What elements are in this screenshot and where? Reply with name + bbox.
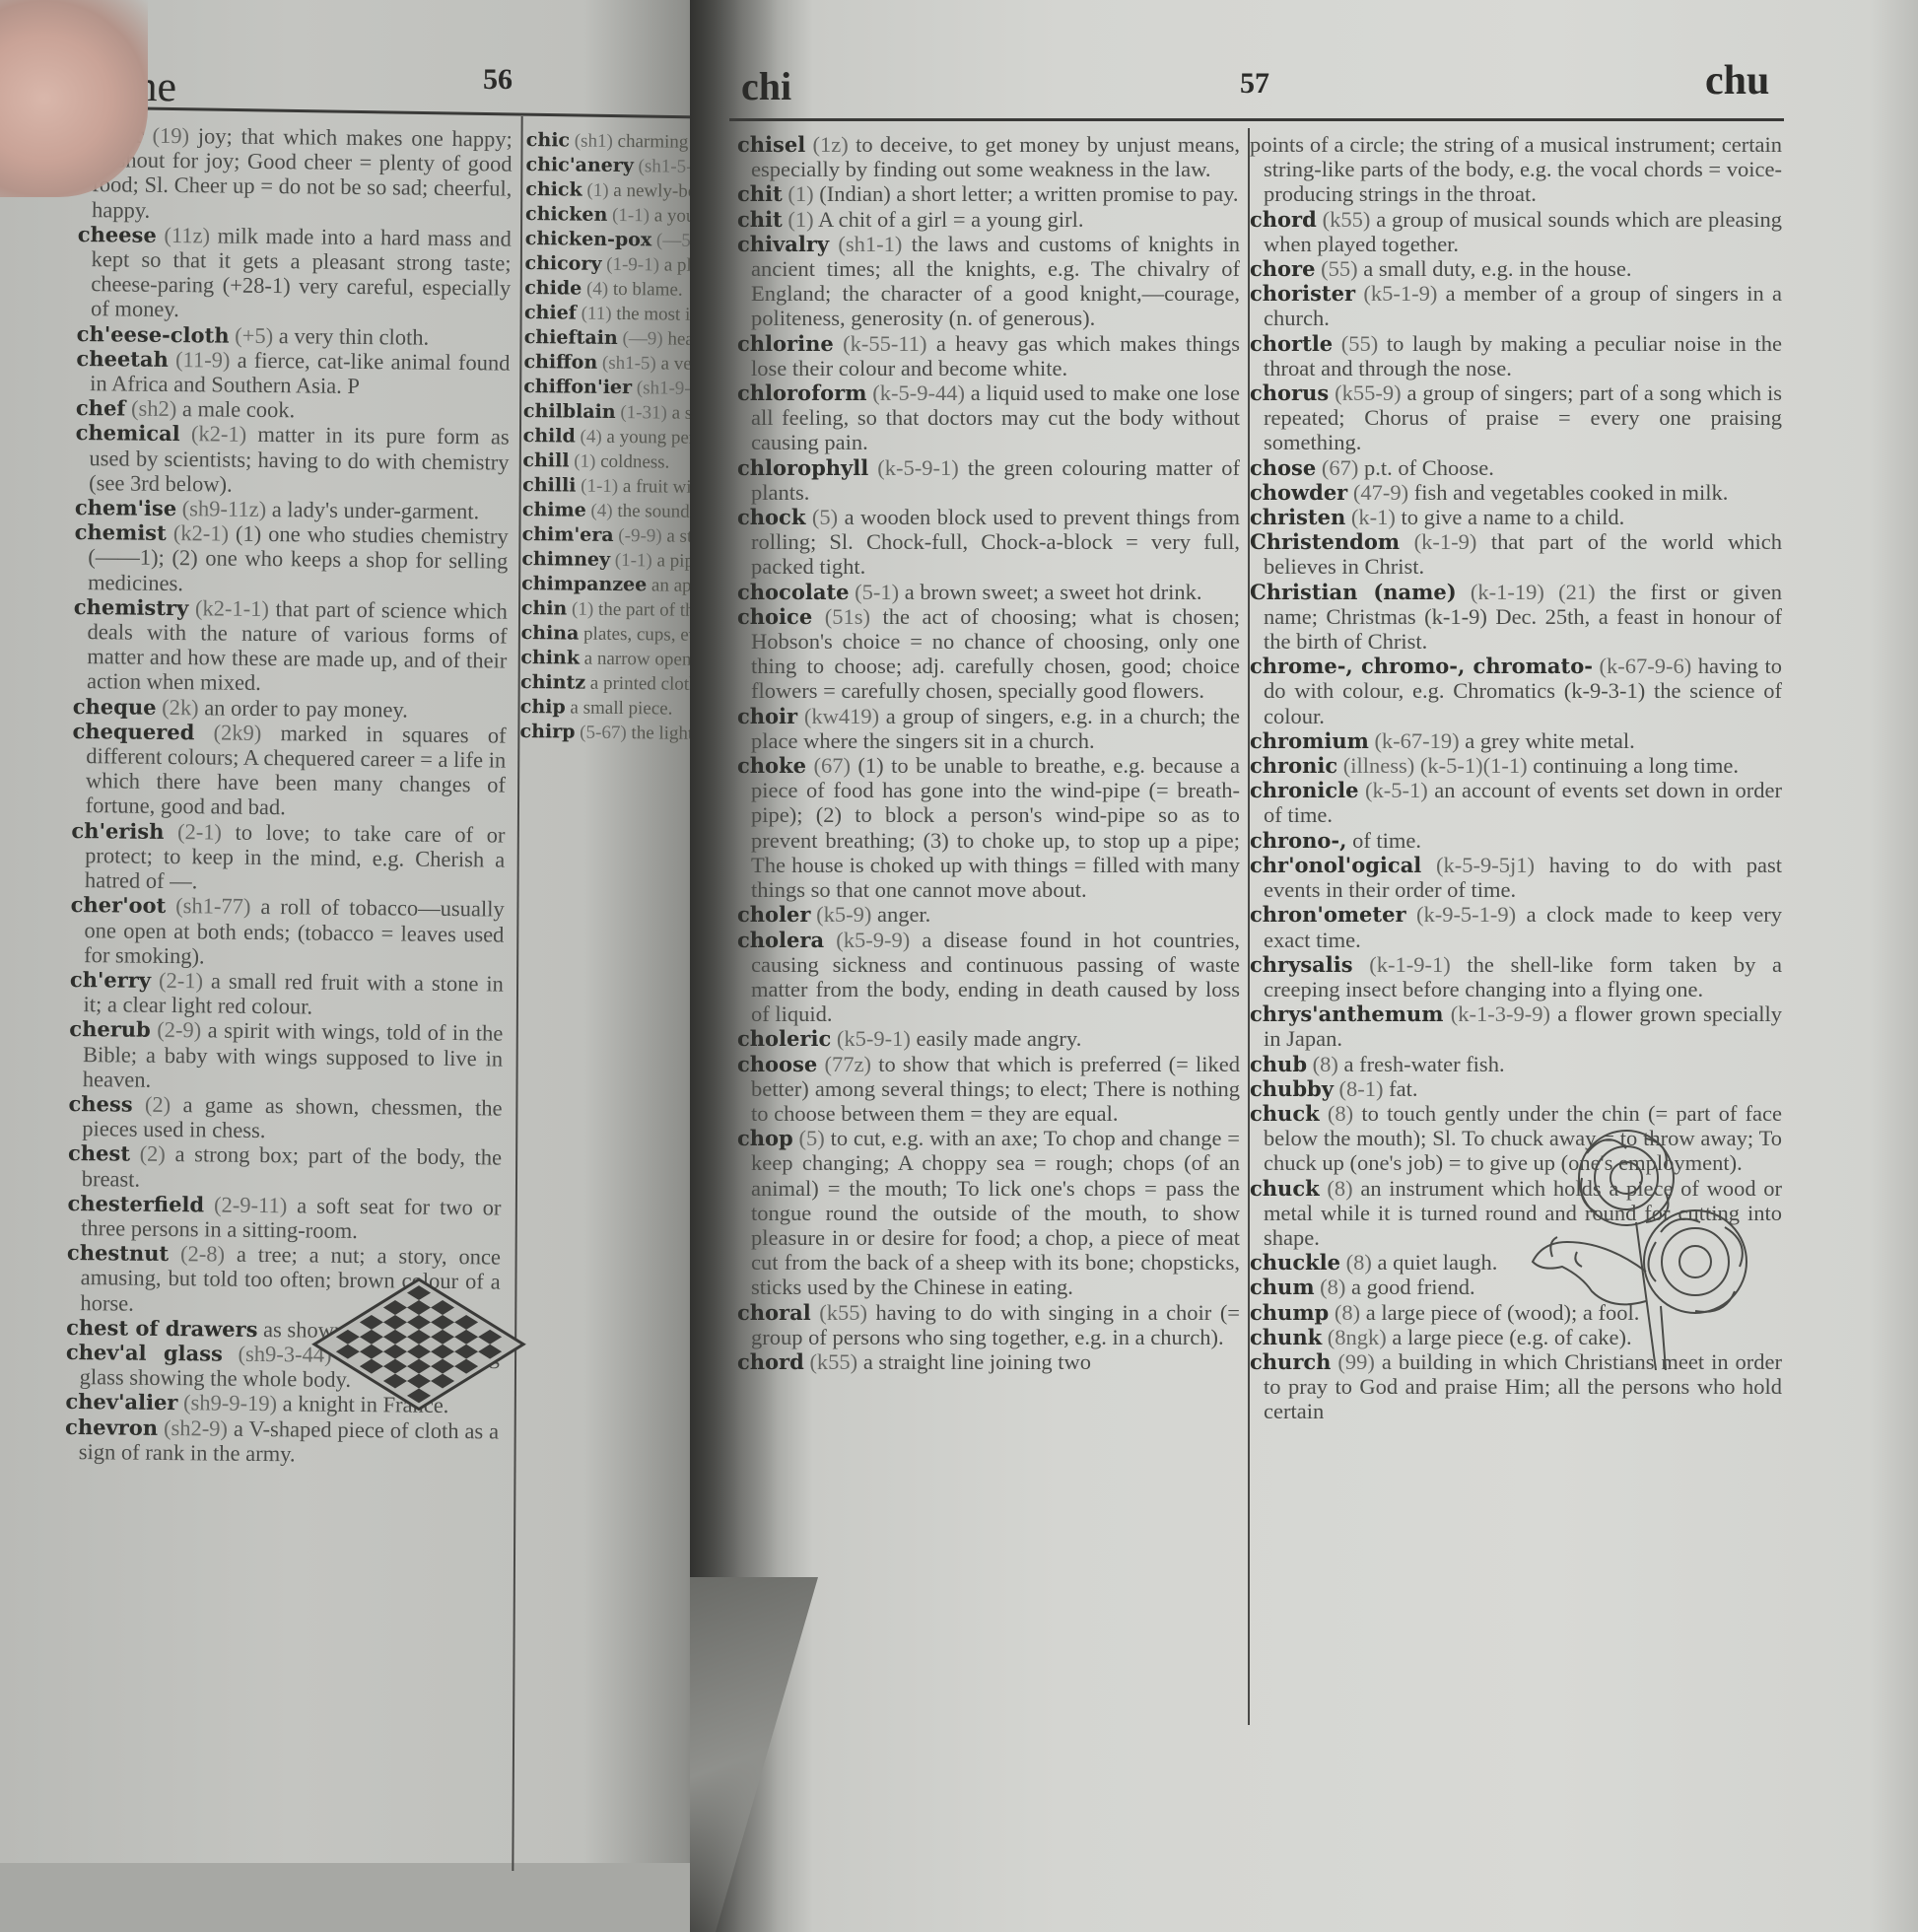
- pronunciation: (-9-9): [618, 525, 662, 546]
- pronunciation: (8): [1346, 1250, 1372, 1275]
- headword: ch'eese-cloth: [77, 321, 230, 348]
- headword: chump: [1250, 1300, 1329, 1325]
- headword: chef: [76, 395, 126, 421]
- headword: chin: [521, 597, 568, 619]
- dictionary-entry: chord (k55) a straight line joining two: [737, 1349, 1240, 1374]
- pronunciation: (19): [152, 123, 189, 148]
- headword: chlorine: [737, 331, 834, 356]
- headword: chub: [1250, 1052, 1307, 1076]
- headword: chromium: [1250, 728, 1369, 753]
- pronunciation: (k2-1): [191, 422, 246, 448]
- definition: plates, cups, etc.: [583, 624, 707, 646]
- definition: a grey white metal.: [1465, 728, 1634, 753]
- headword: choice: [737, 604, 812, 629]
- pronunciation: (k-1-19) (21): [1471, 580, 1596, 604]
- dictionary-entry: chiffon'ier (sh1-9-19) a piece of furnit…: [523, 375, 716, 401]
- headword: chic: [526, 129, 570, 151]
- definition: a good friend.: [1351, 1275, 1475, 1299]
- pronunciation: (8): [1313, 1052, 1338, 1076]
- headword: chord: [737, 1349, 804, 1374]
- headword: chill: [522, 449, 569, 471]
- pronunciation: (51s): [825, 604, 870, 629]
- dictionary-entry: chisel (1z) to deceive, to get money by …: [737, 132, 1240, 181]
- pronunciation: (k5-1-9): [1363, 281, 1437, 306]
- dictionary-entry: chore (55) a small duty, e.g. in the hou…: [1250, 256, 1782, 281]
- headword: chum: [1250, 1275, 1315, 1299]
- headword: chisel: [737, 132, 805, 157]
- pronunciation: (k-1-9): [1414, 529, 1477, 554]
- dictionary-entry: chest (2) a strong box; part of the body…: [68, 1140, 503, 1195]
- dictionary-entry: christen (k-1) to give a name to a child…: [1250, 505, 1782, 529]
- headword: chilblain: [523, 400, 616, 423]
- headword: chord: [1250, 207, 1317, 232]
- dictionary-entry: cherub (2-9) a spirit with wings, told o…: [69, 1016, 504, 1095]
- headword: cholera: [737, 928, 824, 952]
- dictionary-entry: chieftain (—9) head of a large group.: [524, 325, 717, 352]
- pronunciation: (5-67): [580, 723, 627, 743]
- dictionary-entry: child (4) a young person; a baby.: [523, 424, 716, 450]
- pronunciation: (k-5-9-1): [877, 455, 958, 480]
- headword: chintz: [520, 671, 585, 694]
- dictionary-entry: chrono-, of time.: [1250, 828, 1782, 853]
- pronunciation: (k55): [1323, 207, 1371, 232]
- dictionary-entry: chess (2) a game as shown, chessmen, the…: [68, 1091, 503, 1145]
- headword: choleric: [737, 1026, 831, 1051]
- headword: chorister: [1250, 281, 1355, 306]
- pronunciation: (55): [1321, 256, 1358, 281]
- headword: chime: [522, 499, 586, 521]
- headword: Christendom: [1250, 529, 1400, 554]
- dictionary-entry: chim'era (-9-9) a strange beast which is…: [522, 522, 715, 549]
- dictionary-entry: chilblain (1-31) a swelling caused by co…: [523, 399, 716, 426]
- guide-word-chu: chu: [1705, 57, 1769, 104]
- pronunciation: (2-9-11): [214, 1192, 287, 1217]
- definition: easily made angry.: [916, 1026, 1081, 1051]
- headword: chemical: [76, 420, 180, 446]
- headword: chrysalis: [1250, 952, 1353, 977]
- dictionary-entry: chime (4) the sound of bells; To chime i…: [522, 498, 715, 524]
- pronunciation: (1): [788, 181, 813, 206]
- pronunciation: (2): [145, 1092, 171, 1117]
- page-bottom-edge: [0, 1863, 729, 1932]
- pronunciation: (sh1-5): [602, 353, 656, 375]
- definition: fish and vegetables cooked in milk.: [1414, 480, 1729, 505]
- headword: china: [521, 622, 580, 645]
- dictionary-entry: choral (k55) having to do with singing i…: [737, 1300, 1240, 1349]
- pronunciation: (1): [572, 599, 593, 620]
- dictionary-entry: chr'onol'ogical (k-5-9-5j1) having to do…: [1250, 853, 1782, 902]
- dictionary-entry: chorus (k55-9) a group of singers; part …: [1250, 380, 1782, 455]
- headword: chest of drawers: [66, 1315, 258, 1342]
- definition: an order to pay money.: [204, 695, 408, 722]
- pronunciation: (4): [580, 427, 601, 448]
- left-page-column-1: cheer (19) joy; that which makes one hap…: [65, 122, 513, 1469]
- headword: chick: [525, 178, 582, 201]
- headword: chlorophyll: [737, 455, 868, 480]
- headword: chubby: [1250, 1076, 1334, 1101]
- headword: chieftain: [524, 326, 618, 349]
- definition: continuing a long time.: [1533, 753, 1739, 778]
- headword: chip: [520, 696, 566, 718]
- pronunciation: (1z): [813, 132, 849, 157]
- headword: child: [523, 425, 576, 448]
- dictionary-entry: chlorophyll (k-5-9-1) the green colourin…: [737, 455, 1240, 505]
- pronunciation: (11z): [164, 223, 210, 247]
- headword: chev'al glass: [66, 1340, 223, 1366]
- headword: chest: [68, 1140, 130, 1166]
- pronunciation: (k-9-5-1-9): [1416, 902, 1516, 927]
- headword: chicken-pox: [525, 228, 652, 250]
- dictionary-entry: cheese (11z) milk made into a hard mass …: [77, 222, 512, 325]
- pronunciation: (8): [1335, 1300, 1360, 1325]
- headword: chrys'anthemum: [1250, 1001, 1444, 1026]
- chessboard-illustration: [296, 1272, 542, 1439]
- dictionary-entry: choose (77z) to show that which is prefe…: [737, 1052, 1240, 1127]
- pronunciation: (4): [590, 501, 612, 521]
- dictionary-entry: chemistry (k2-1-1) that part of science …: [73, 594, 508, 698]
- definition: a quiet laugh.: [1378, 1250, 1498, 1275]
- definition: to give a name to a child.: [1401, 505, 1624, 529]
- definition: a fresh-water fish.: [1344, 1052, 1505, 1076]
- dictionary-entry: chloroform (k-5-9-44) a liquid used to m…: [737, 380, 1240, 455]
- dictionary-entry: chivalry (sh1-1) the laws and customs of…: [737, 232, 1240, 331]
- dictionary-entry: chintz a printed cloth.: [520, 670, 713, 697]
- pronunciation: (8): [1320, 1275, 1345, 1299]
- dictionary-entry: choice (51s) the act of choosing; what i…: [737, 604, 1240, 704]
- dictionary-entry: chronic (illness) (k-5-1)(1-1) continuin…: [1250, 753, 1782, 778]
- definition: a very thin cloth.: [279, 323, 430, 350]
- dictionary-entry: chop (5) to cut, e.g. with an axe; To ch…: [737, 1126, 1240, 1299]
- dictionary-entry: chronicle (k-5-1) an account of events s…: [1250, 778, 1782, 827]
- header-rule: [108, 106, 719, 119]
- pronunciation: (11): [582, 304, 612, 324]
- pronunciation: (k55-9): [1335, 380, 1401, 405]
- dictionary-entry: chicory (1-9-1) a plant with blue flower…: [524, 251, 717, 278]
- pronunciation: (5): [812, 505, 838, 529]
- headword: chide: [524, 277, 582, 300]
- dictionary-entry: choir (kw419) a group of singers, e.g. i…: [737, 704, 1240, 753]
- pronunciation: (sh2): [131, 396, 177, 421]
- dictionary-entry: chord (k55) a group of musical sounds wh…: [1250, 207, 1782, 256]
- headword: cher'oot: [71, 892, 167, 918]
- dictionary-entry: chill (1) coldness.: [522, 448, 715, 475]
- headword: chev'alier: [65, 1389, 177, 1414]
- dictionary-entry: chocolate (5-1) a brown sweet; a sweet h…: [737, 580, 1240, 604]
- left-page-column-2: chic (sh1) charming in appearance.chic'a…: [519, 128, 719, 746]
- pronunciation: (1-1): [581, 476, 618, 497]
- headword: chimney: [521, 548, 610, 571]
- pronunciation: (k-1): [1351, 505, 1396, 529]
- dictionary-entry: chin (1) the part of the face below the …: [521, 596, 714, 623]
- dictionary-entry: chrysalis (k-1-9-1) the shell-like form …: [1250, 952, 1782, 1001]
- pronunciation: (4): [586, 279, 608, 300]
- dictionary-entry: chock (5) a wooden block used to prevent…: [737, 505, 1240, 580]
- headword: chequered: [72, 719, 194, 744]
- headword: chim'era: [522, 523, 614, 546]
- headword: chicken: [525, 203, 607, 226]
- headword: chr'onol'ogical: [1250, 853, 1421, 877]
- pronunciation: (2-8): [180, 1241, 225, 1266]
- headword: chicory: [524, 252, 601, 275]
- dictionary-entry: choleric (k5-9-1) easily made angry.: [737, 1026, 1240, 1051]
- dictionary-entry: choke (67) (1) to be unable to breathe, …: [737, 753, 1240, 902]
- headword: choral: [737, 1300, 811, 1325]
- definition: of time.: [1352, 828, 1421, 853]
- dictionary-entry: chimney (1-1) a pipe for smoke going up …: [521, 547, 714, 574]
- headword: chore: [1250, 256, 1316, 281]
- headword: chit: [737, 181, 783, 206]
- headword: chink: [520, 647, 580, 669]
- definition: coldness.: [600, 451, 669, 473]
- definition: a male cook.: [182, 396, 296, 422]
- dictionary-entry: chorister (k5-1-9) a member of a group o…: [1250, 281, 1782, 330]
- dictionary-entry: chrys'anthemum (k-1-3-9-9) a flower grow…: [1250, 1001, 1782, 1051]
- headword: chloroform: [737, 380, 866, 405]
- definition: a printed cloth.: [590, 673, 704, 695]
- headword: chem'ise: [75, 495, 176, 520]
- pronunciation: (sh2-9): [164, 1415, 228, 1441]
- definition: p.t. of Choose.: [1364, 455, 1494, 480]
- headword: chimpanzee: [521, 573, 647, 595]
- dictionary-entry: cheetah (11-9) a fierce, cat-like animal…: [76, 346, 511, 400]
- headword: chief: [524, 302, 577, 324]
- pronunciation: (k5-9-9): [836, 928, 910, 952]
- pronunciation: (k55): [819, 1300, 867, 1325]
- pronunciation: (8ngk): [1328, 1325, 1387, 1349]
- dictionary-entry: Christendom (k-1-9) that part of the wor…: [1250, 529, 1782, 579]
- headword: chivalry: [737, 232, 829, 256]
- pronunciation: (k2-1): [173, 520, 229, 546]
- definition: a small duty, e.g. in the house.: [1363, 256, 1631, 281]
- dictionary-entry: chilli (1-1) a fruit with a hot taste.: [522, 473, 715, 500]
- definition: a straight line joining two: [863, 1349, 1091, 1374]
- headword: christen: [1250, 505, 1345, 529]
- pronunciation: (k-67-19): [1374, 728, 1459, 753]
- pronunciation: (5): [799, 1126, 825, 1150]
- dictionary-entry: chlorine (k-55-11) a heavy gas which mak…: [737, 331, 1240, 380]
- pronunciation: (kw419): [804, 704, 879, 728]
- dictionary-entry: chose (67) p.t. of Choose.: [1250, 455, 1782, 480]
- dictionary-entry: china plates, cups, etc.: [521, 621, 714, 648]
- headword: choose: [737, 1052, 817, 1076]
- dictionary-entry: cheer (19) joy; that which makes one hap…: [78, 122, 513, 226]
- definition: (Indian) a short letter; a written promi…: [819, 181, 1238, 206]
- dictionary-entry: chub (8) a fresh-water fish.: [1250, 1052, 1782, 1076]
- dictionary-entry: cher'oot (sh1-77) a roll of tobacco—usua…: [70, 892, 505, 971]
- dictionary-entry: choler (k5-9) anger.: [737, 902, 1240, 927]
- pronunciation: (k-5-9-5j1): [1436, 853, 1535, 877]
- pronunciation: (sh9-11z): [182, 496, 267, 521]
- headword: ch'erish: [71, 818, 164, 844]
- headword: chemist: [75, 519, 167, 545]
- headword: chess: [68, 1091, 132, 1117]
- pronunciation: (8-1): [1339, 1076, 1384, 1101]
- pronunciation: (2k9): [213, 720, 261, 745]
- dictionary-entry: chit (1) A chit of a girl = a young girl…: [737, 207, 1240, 232]
- headword: cheetah: [76, 346, 169, 372]
- pronunciation: (1): [788, 207, 813, 232]
- dictionary-entry: chubby (8-1) fat.: [1250, 1076, 1782, 1101]
- headword: chuck: [1250, 1101, 1320, 1126]
- dictionary-entry: chromium (k-67-19) a grey white metal.: [1250, 728, 1782, 753]
- pronunciation: (8): [1328, 1101, 1353, 1126]
- dictionary-entry: chide (4) to blame.: [524, 276, 717, 303]
- pronunciation: (55): [1341, 331, 1379, 356]
- headword: chop: [737, 1126, 793, 1150]
- headword: chilli: [522, 474, 576, 497]
- definition: a brown sweet; a sweet hot drink.: [905, 580, 1202, 604]
- dictionary-entry: chemical (k2-1) matter in its pure form …: [75, 420, 510, 499]
- headword: choler: [737, 902, 810, 927]
- pronunciation: (2-1): [177, 819, 222, 844]
- headword: chose: [1250, 455, 1316, 480]
- definition: points of a circle; the string of a musi…: [1250, 132, 1782, 206]
- dictionary-entry: chief (11) the most important;: [524, 301, 717, 327]
- pronunciation: (1-9-1): [606, 254, 659, 276]
- dictionary-entry: ch'erry (2-1) a small red fruit with a s…: [69, 967, 504, 1021]
- pronunciation: (2-9): [157, 1017, 201, 1042]
- dictionary-entry: chicken-pox (—5) a disease with spots on…: [525, 227, 718, 253]
- headword: chiffon'ier: [523, 376, 632, 398]
- definition: to blame.: [613, 279, 683, 301]
- headword: chic'anery: [525, 154, 633, 176]
- headword: choke: [737, 753, 806, 778]
- dictionary-entry: chesterfield (2-9-11) a soft seat for tw…: [67, 1191, 502, 1245]
- pronunciation: (sh9-9-19): [183, 1391, 277, 1416]
- dictionary-entry: chemist (k2-1) (1) one who studies chemi…: [74, 519, 509, 598]
- dictionary-entry: Christian (name) (k-1-19) (21) the first…: [1250, 580, 1782, 655]
- pronunciation: (47-9): [1353, 480, 1408, 505]
- headword: chiffon: [523, 351, 597, 374]
- headword: chortle: [1250, 331, 1333, 356]
- pronunciation: (—9): [622, 328, 662, 349]
- pronunciation: (illness) (k-5-1)(1-1): [1343, 753, 1528, 778]
- headword: cherub: [69, 1016, 151, 1042]
- dictionary-entry: chowder (47-9) fish and vegetables cooke…: [1250, 480, 1782, 505]
- headword: cheese: [78, 222, 157, 247]
- headword: chunk: [1250, 1325, 1322, 1349]
- pronunciation: (5-1): [855, 580, 899, 604]
- headword: chock: [737, 505, 805, 529]
- pronunciation: (67): [813, 753, 851, 778]
- headword: cheque: [73, 694, 157, 720]
- dictionary-entry: chip a small piece.: [520, 695, 713, 722]
- dictionary-entry: chit (1) (Indian) a short letter; a writ…: [737, 181, 1240, 206]
- definition: a disease found in hot countries, causin…: [751, 928, 1240, 1027]
- pronunciation: (k55): [809, 1349, 857, 1374]
- pronunciation: (k-1-3-9-9): [1451, 1001, 1550, 1026]
- headword: chestnut: [67, 1240, 169, 1266]
- dictionary-entry: ch'erish (2-1) to love; to take care of …: [71, 818, 506, 897]
- pronunciation: (k-67-9-6): [1599, 654, 1691, 678]
- headword: chevron: [65, 1414, 158, 1439]
- pronunciation: (sh1-77): [175, 893, 250, 919]
- dictionary-entry: chrome-, chromo-, chromato- (k-67-9-6) h…: [1250, 654, 1782, 728]
- dictionary-entry: chron'ometer (k-9-5-1-9) a clock made to…: [1250, 902, 1782, 951]
- dictionary-entry: points of a circle; the string of a musi…: [1250, 132, 1782, 207]
- header-rule-right: [729, 118, 1784, 121]
- pronunciation: (1-31): [620, 402, 667, 423]
- pronunciation: (+5): [235, 322, 273, 347]
- pronunciation: (1): [586, 180, 608, 201]
- chrysanthemum-illustration: [1518, 1124, 1774, 1370]
- headword: ch'erry: [70, 967, 151, 993]
- dictionary-entry: chimpanzee an ape like a man.: [521, 572, 714, 598]
- headword: chuckle: [1250, 1250, 1340, 1275]
- pronunciation: (k-1-9-1): [1369, 952, 1450, 977]
- headword: chrome-, chromo-, chromato-: [1250, 654, 1593, 678]
- pronunciation: (k5-9-1): [837, 1026, 911, 1051]
- pronunciation: (2k): [162, 695, 199, 720]
- headword: chowder: [1250, 480, 1347, 505]
- headword: chirp: [519, 721, 575, 743]
- dictionary-entry: cholera (k5-9-9) a disease found in hot …: [737, 928, 1240, 1027]
- pronunciation: (sh1): [575, 131, 613, 152]
- pronunciation: (k-5-1): [1365, 778, 1428, 802]
- headword: chronic: [1250, 753, 1337, 778]
- headword: chesterfield: [67, 1191, 204, 1216]
- headword: choir: [737, 704, 797, 728]
- dictionary-entry: chortle (55) to laugh by making a peculi…: [1250, 331, 1782, 380]
- page-number-57: 57: [1240, 67, 1269, 101]
- dictionary-entry: chequered (2k9) marked in squares of dif…: [72, 719, 507, 822]
- headword: chron'ometer: [1250, 902, 1406, 927]
- pronunciation: (1-1): [615, 550, 652, 571]
- headword: chrono-,: [1250, 828, 1346, 853]
- definition: anger.: [877, 902, 930, 927]
- dictionary-entry: chirp (5-67) the light and short sound o…: [519, 720, 712, 746]
- pronunciation: (11-9): [175, 347, 231, 373]
- pronunciation: (1-1): [612, 205, 650, 226]
- pronunciation: (1): [574, 451, 595, 472]
- definition: A chit of a girl = a young girl.: [818, 207, 1084, 232]
- dictionary-entry: chink a narrow opening.: [520, 646, 713, 672]
- definition: a small piece.: [570, 697, 672, 719]
- dictionary-entry: chicken (1-1) a young bird; its meat; Co…: [525, 202, 718, 229]
- pronunciation: (2): [140, 1141, 167, 1166]
- headword: chemistry: [74, 594, 189, 620]
- definition: to cut, e.g. with an axe; To chop and ch…: [751, 1126, 1240, 1299]
- headword: chorus: [1250, 380, 1329, 405]
- headword: chit: [737, 207, 783, 232]
- pronunciation: (k-5-9-44): [872, 380, 965, 405]
- headword: chocolate: [737, 580, 850, 604]
- pronunciation: (2-1): [159, 968, 203, 993]
- headword: chuck: [1250, 1176, 1320, 1201]
- right-page-column-1: chisel (1z) to deceive, to get money by …: [737, 132, 1240, 1374]
- headword: Christian (name): [1250, 580, 1457, 604]
- definition: a lady's under-garment.: [272, 497, 480, 523]
- headword: church: [1250, 1349, 1331, 1374]
- guide-word-chi: chi: [741, 63, 791, 109]
- pronunciation: (k2-1-1): [195, 595, 269, 621]
- open-dictionary-photo: che 56 cheer (19) joy; that which makes …: [0, 0, 1918, 1932]
- pronunciation: (99): [1337, 1349, 1375, 1374]
- pronunciation: (sh1-1): [838, 232, 902, 256]
- pronunciation: (8): [1327, 1176, 1352, 1201]
- pronunciation: (77z): [824, 1052, 870, 1076]
- headword: chronicle: [1250, 778, 1359, 802]
- column-divider: [512, 116, 522, 1871]
- pronunciation: (k-55-11): [843, 331, 926, 356]
- dictionary-entry: chiffon (sh1-5) a very thin cloth used i…: [523, 350, 716, 377]
- pronunciation: (67): [1322, 455, 1359, 480]
- definition: fat.: [1389, 1076, 1417, 1101]
- pronunciation: (k5-9): [816, 902, 871, 927]
- left-page: che 56 cheer (19) joy; that which makes …: [0, 0, 729, 1932]
- page-number-56: 56: [483, 63, 513, 97]
